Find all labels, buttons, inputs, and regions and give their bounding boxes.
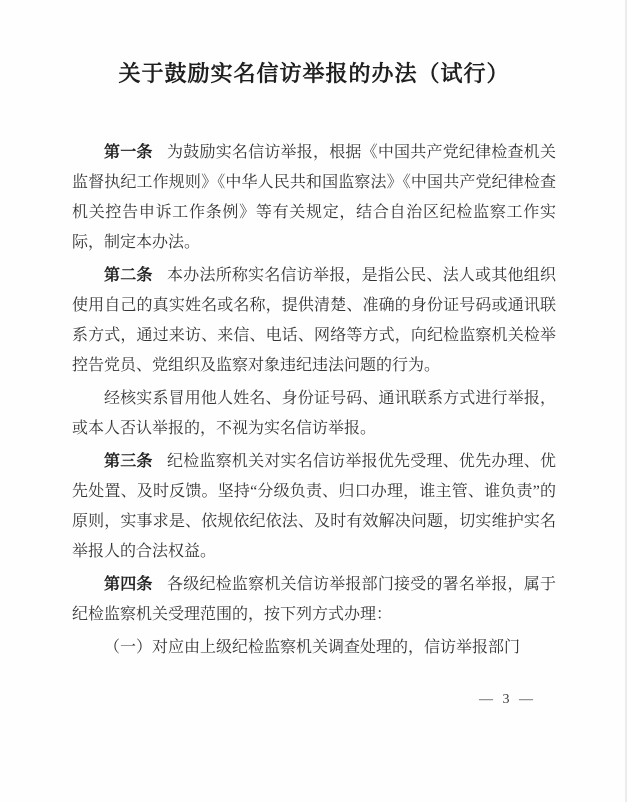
page-number: — 3 — <box>479 690 536 710</box>
document-body: 第一条为鼓励实名信访举报，根据《中国共产党纪律检查机关监督执纪工作规则》《中华人… <box>72 138 556 666</box>
paragraph: 经核实系冒用他人姓名、身份证号码、通讯联系方式进行举报，或本人否认举报的，不视为… <box>72 384 556 444</box>
article-label: 第三条 <box>104 453 153 470</box>
paragraph: （一）对应由上级纪检监察机关调查处理的，信访举报部门 <box>72 633 556 663</box>
paragraph: 第四条各级纪检监察机关信访举报部门接受的署名举报，属于纪检监察机关受理范围的，按… <box>72 570 556 630</box>
document-title: 关于鼓励实名信访举报的办法（试行） <box>0 58 628 90</box>
article-label: 第二条 <box>104 267 153 284</box>
paragraph: 第一条为鼓励实名信访举报，根据《中国共产党纪律检查机关监督执纪工作规则》《中华人… <box>72 138 556 258</box>
article-label: 第一条 <box>104 144 153 161</box>
article-label: 第四条 <box>104 576 153 593</box>
paragraph: 第三条纪检监察机关对实名信访举报优先受理、优先办理、优先处置、及时反馈。坚持“分… <box>72 447 556 567</box>
paragraph-text: （一）对应由上级纪检监察机关调查处理的，信访举报部门 <box>104 639 520 656</box>
scan-edge-artifact <box>625 0 627 802</box>
paragraph: 第二条本办法所称实名信访举报，是指公民、法人或其他组织使用自己的真实姓名或名称，… <box>72 261 556 381</box>
paragraph-text: 经核实系冒用他人姓名、身份证号码、通讯联系方式进行举报，或本人否认举报的，不视为… <box>72 390 556 437</box>
document-page: 关于鼓励实名信访举报的办法（试行） 第一条为鼓励实名信访举报，根据《中国共产党纪… <box>0 0 628 802</box>
